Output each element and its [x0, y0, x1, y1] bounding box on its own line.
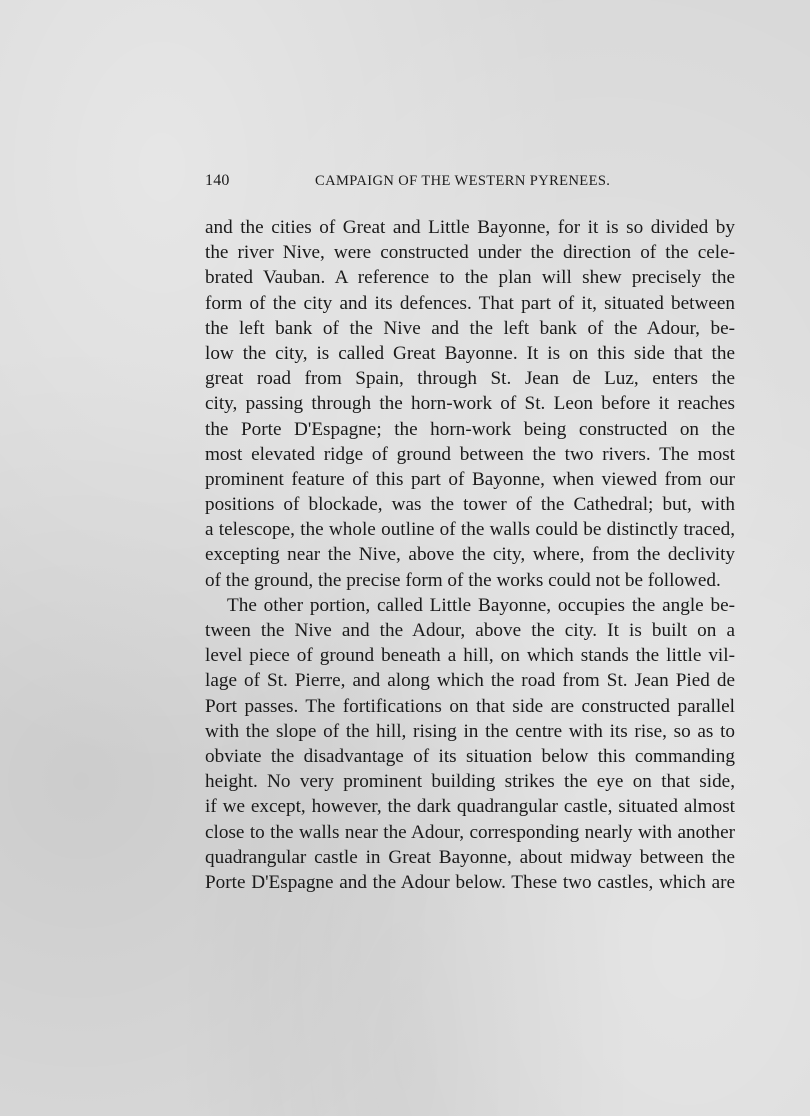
text-line: The other portion, called Little Bayonne… [205, 593, 735, 618]
text-line: excepting near the Nive, above the city,… [205, 542, 735, 567]
book-page: 140 CAMPAIGN OF THE WESTERN PYRENEES. an… [0, 0, 810, 1116]
text-line: lage of St. Pierre, and along which the … [205, 668, 735, 693]
text-line: brated Vauban. A reference to the plan w… [205, 265, 735, 290]
text-line: the Porte D'Espagne; the horn-work being… [205, 417, 735, 442]
text-line: low the city, is called Great Bayonne. I… [205, 341, 735, 366]
text-line: tween the Nive and the Adour, above the … [205, 618, 735, 643]
text-line: the left bank of the Nive and the left b… [205, 316, 735, 341]
text-line: positions of blockade, was the tower of … [205, 492, 735, 517]
text-line: great road from Spain, through St. Jean … [205, 366, 735, 391]
text-line: height. No very prominent building strik… [205, 769, 735, 794]
text-line: form of the city and its defences. That … [205, 291, 735, 316]
text-line: of the ground, the precise form of the w… [205, 568, 735, 593]
text-line: quadrangular castle in Great Bayonne, ab… [205, 845, 735, 870]
text-line: level piece of ground beneath a hill, on… [205, 643, 735, 668]
text-line: obviate the disadvantage of its situatio… [205, 744, 735, 769]
text-line: close to the walls near the Adour, corre… [205, 820, 735, 845]
text-line: with the slope of the hill, rising in th… [205, 719, 735, 744]
text-line: and the cities of Great and Little Bayon… [205, 215, 735, 240]
page-number: 140 [205, 172, 230, 190]
text-line: Port passes. The fortifications on that … [205, 694, 735, 719]
body-text: and the cities of Great and Little Bayon… [205, 215, 735, 895]
text-line: Porte D'Espagne and the Adour below. The… [205, 870, 735, 895]
text-line: a telescope, the whole outline of the wa… [205, 517, 735, 542]
text-line: if we except, however, the dark quadrang… [205, 794, 735, 819]
text-line: city, passing through the horn-work of S… [205, 391, 735, 416]
running-title: CAMPAIGN OF THE WESTERN PYRENEES. [315, 173, 610, 190]
running-head: 140 CAMPAIGN OF THE WESTERN PYRENEES. [205, 172, 735, 194]
text-line: the river Nive, were constructed under t… [205, 240, 735, 265]
text-line: prominent feature of this part of Bayonn… [205, 467, 735, 492]
text-line: most elevated ridge of ground between th… [205, 442, 735, 467]
